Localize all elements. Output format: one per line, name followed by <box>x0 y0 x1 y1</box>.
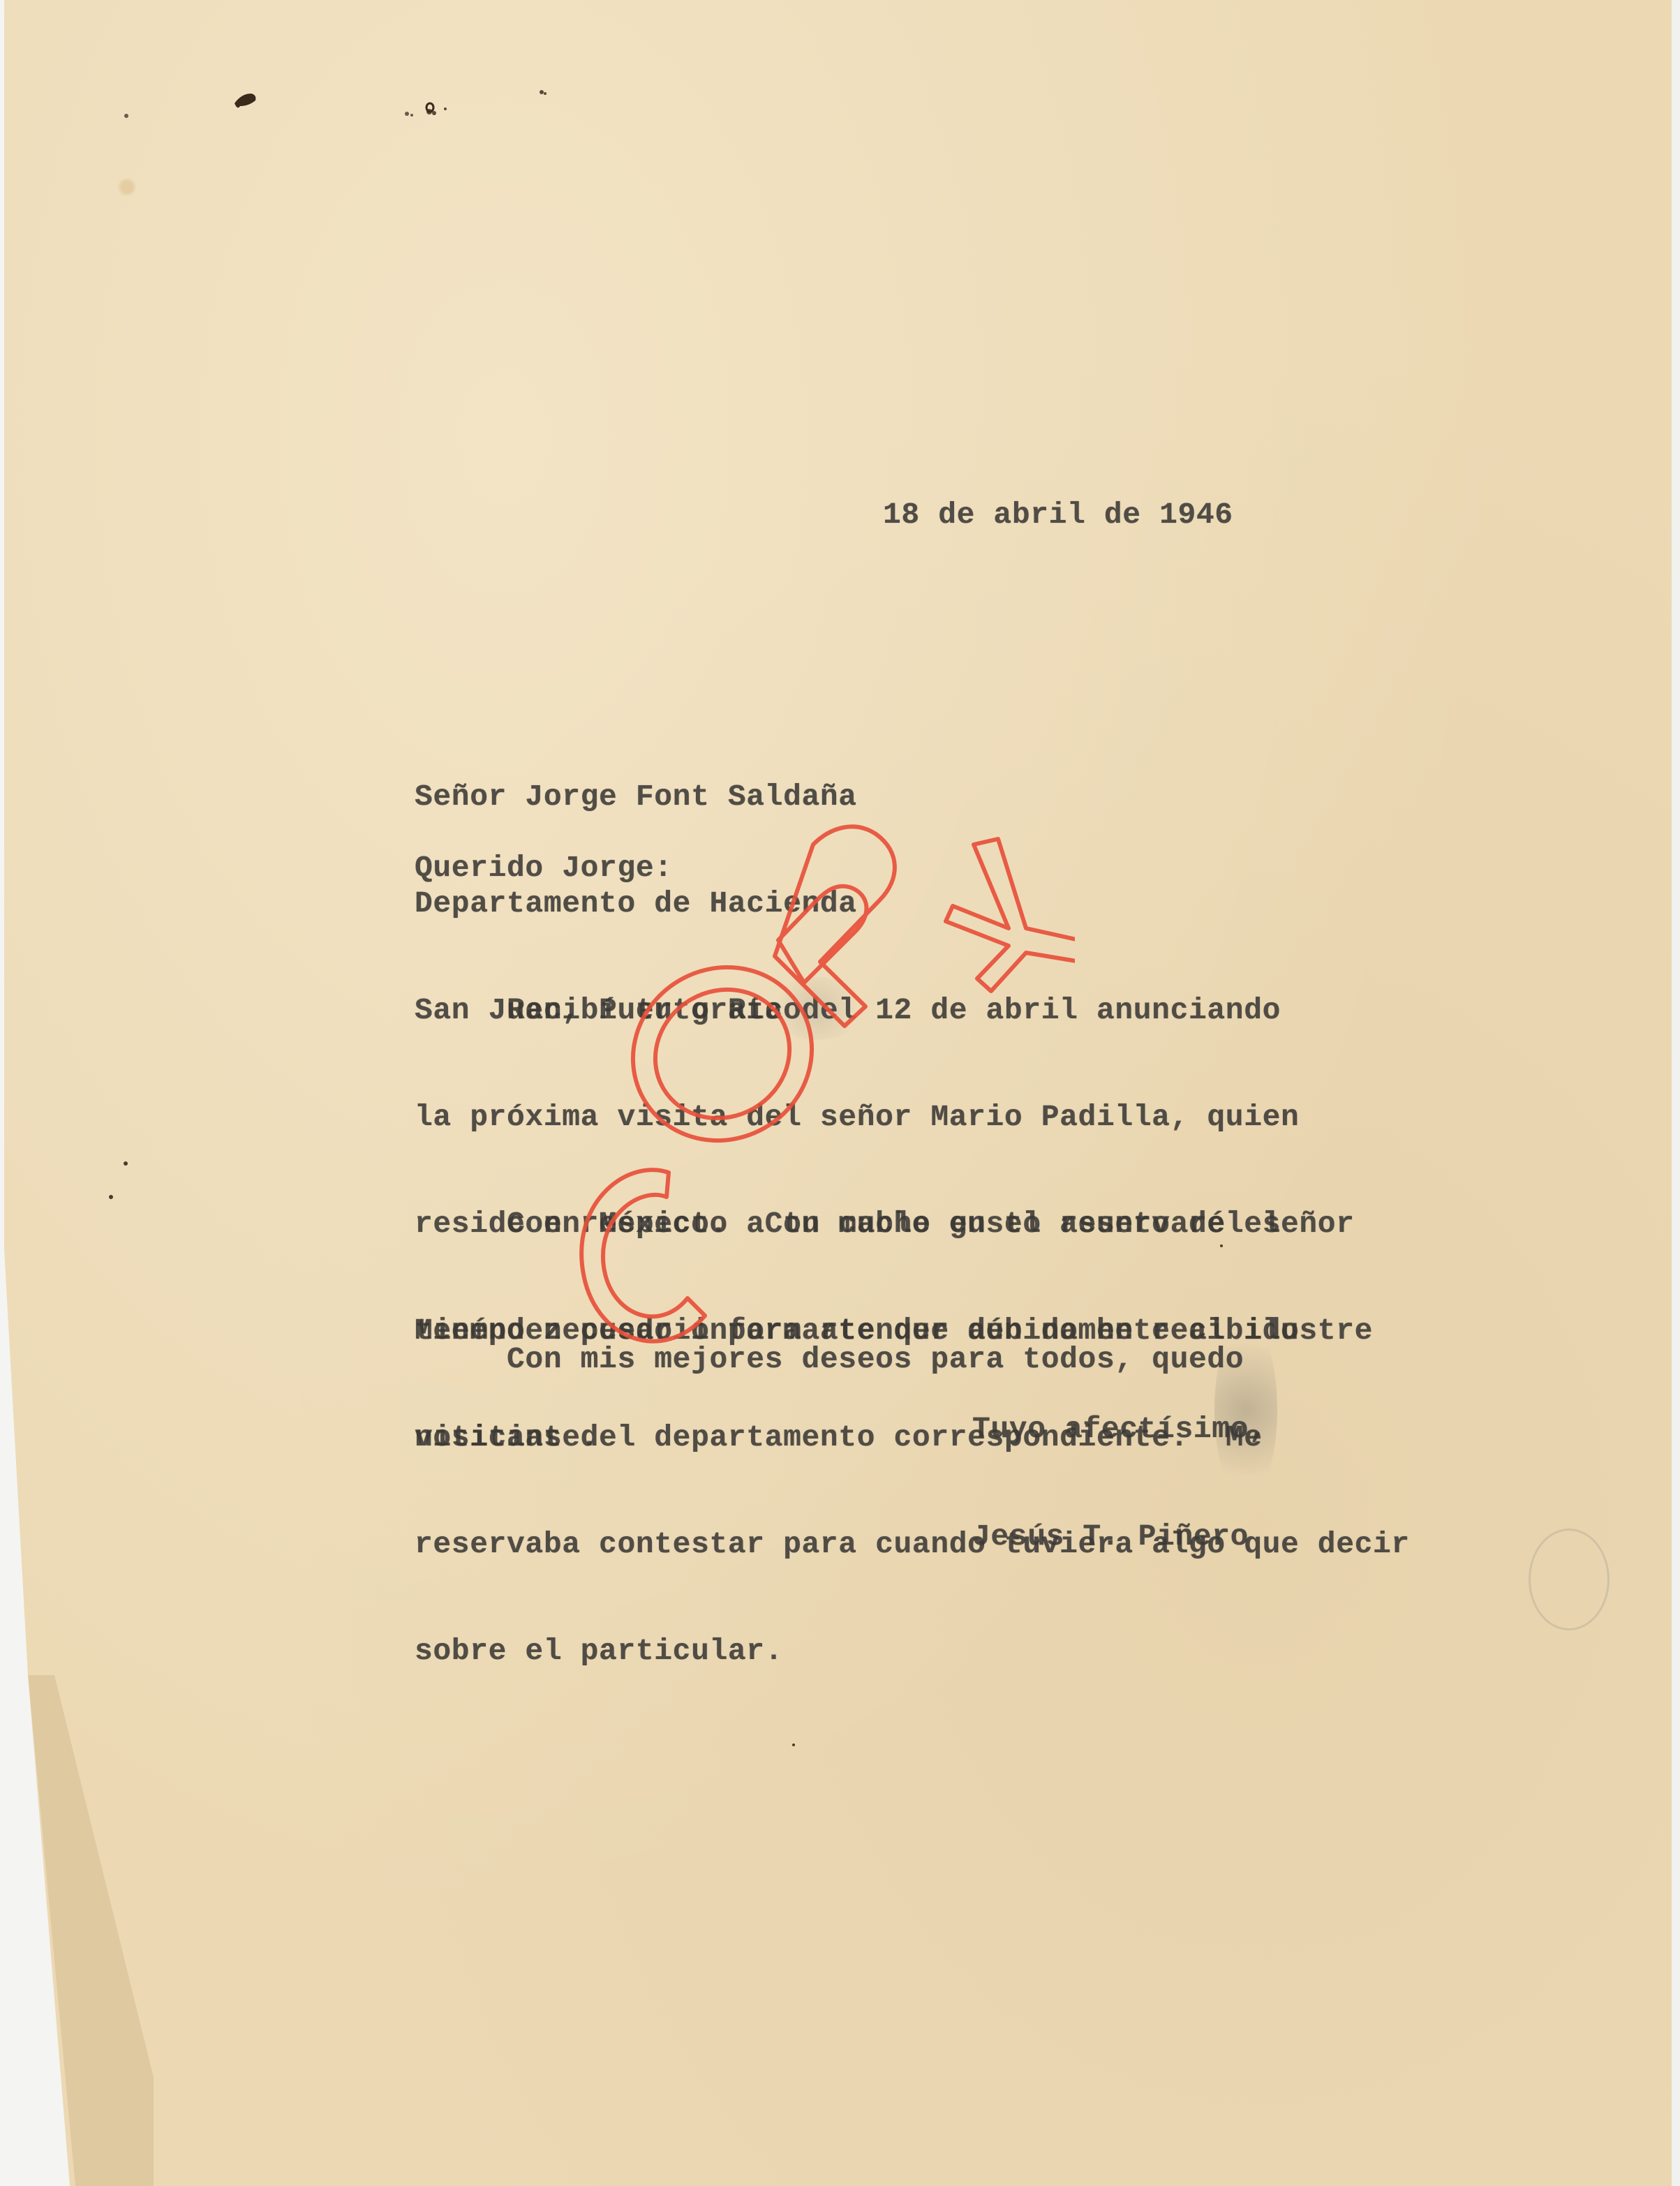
recipient-name: Señor Jorge Font Saldaña <box>415 779 857 815</box>
paragraph-line: Con respecto a tu cable en el asunto del… <box>415 1206 1410 1242</box>
recipient-department: Departamento de Hacienda <box>415 886 857 921</box>
faint-pencil-mark <box>1529 1529 1610 1630</box>
closing-line: Con mis mejores deseos para todos, quedo <box>415 1341 1244 1377</box>
signature-name: Jesús T. Piñero <box>972 1519 1249 1554</box>
paragraph-line: Recibí tu grata del 12 de abril anuncian… <box>415 992 1373 1028</box>
salutation: Querido Jorge: <box>415 850 673 886</box>
paragraph-line: sobre el particular. <box>415 1633 1410 1669</box>
paragraph-line: reservaba contestar para cuando tuviera … <box>415 1526 1410 1562</box>
paragraph-line: la próxima visita del señor Mario Padill… <box>415 1099 1373 1135</box>
scan-background-right <box>1672 0 1680 2186</box>
valediction: Tuyo afectísimo, <box>972 1411 1267 1447</box>
letter-date: 18 de abril de 1946 <box>883 497 1233 533</box>
